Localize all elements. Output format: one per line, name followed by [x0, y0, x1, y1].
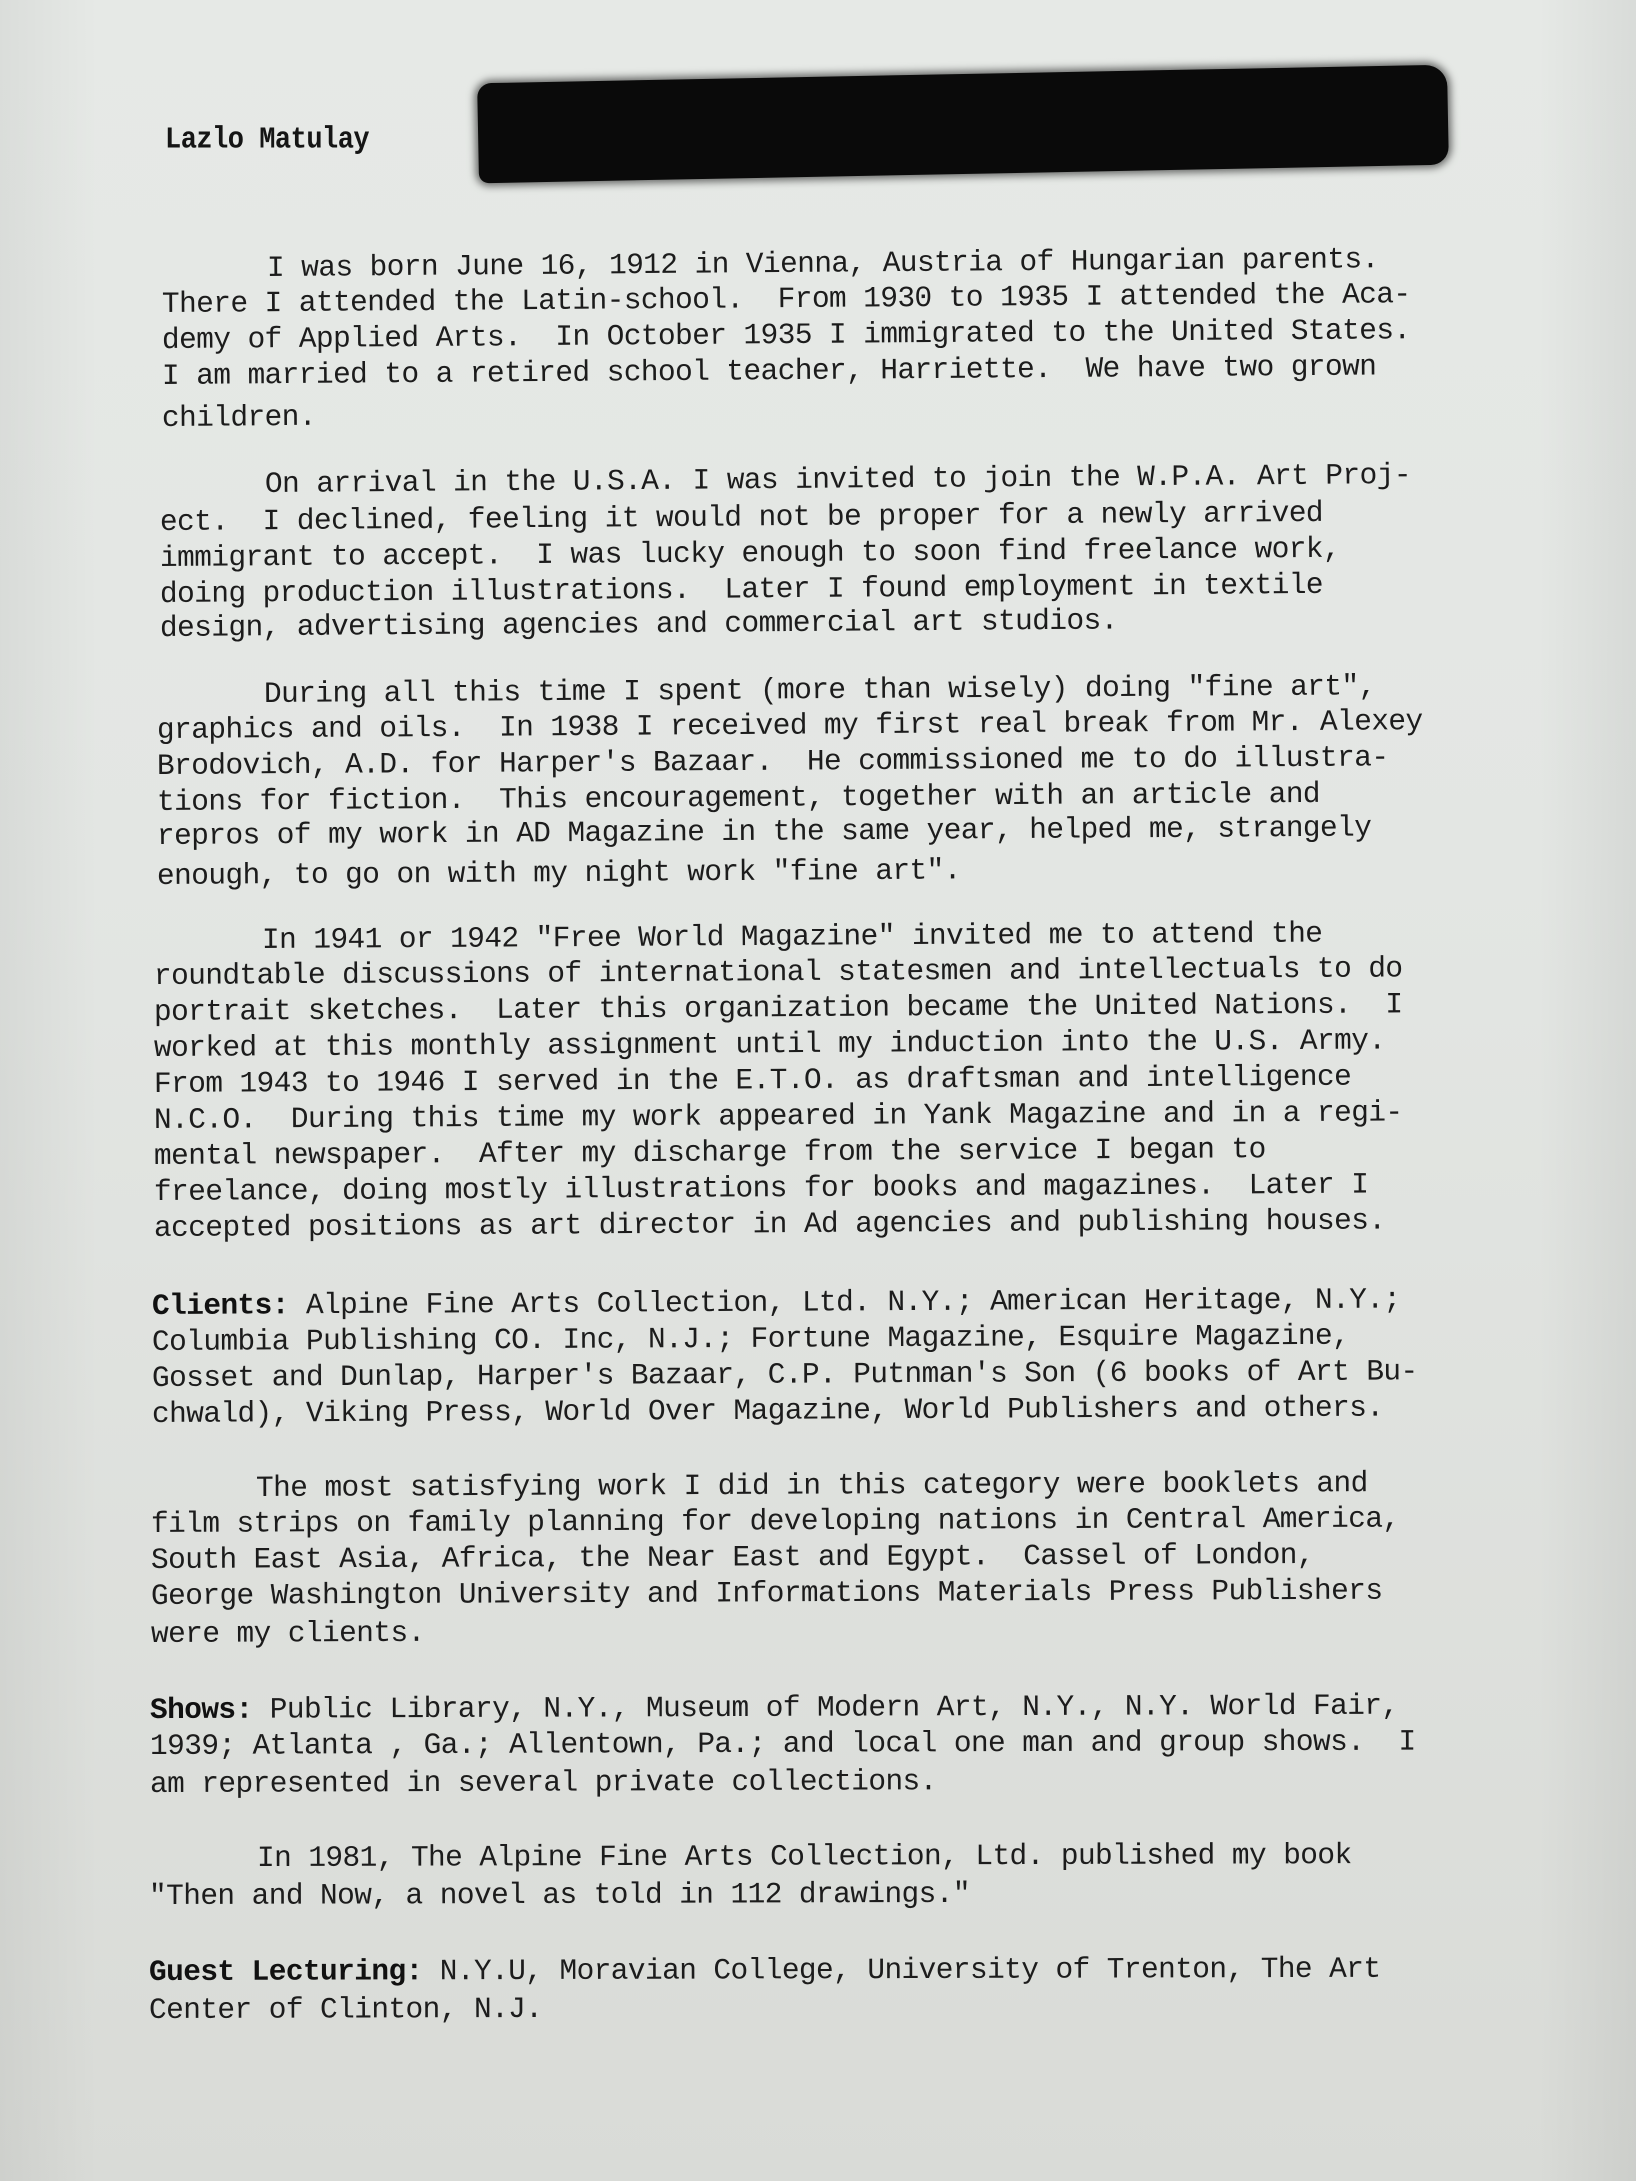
text-line: I am married to a retired school teacher…	[162, 352, 1377, 391]
text-line: freelance, doing mostly illustrations fo…	[154, 1171, 1368, 1208]
text-line: 1939; Atlanta , Ga.; Allentown, Pa.; and…	[150, 1728, 1416, 1762]
typewritten-page: Lazlo Matulay I was born June 16, 1912 i…	[0, 0, 1636, 2181]
text-line: enough, to go on with my night work "fin…	[157, 856, 961, 891]
shows-text: Public Library, N.Y., Museum of Modern A…	[253, 1689, 1399, 1727]
text-line: Brodovich, A.D. for Harper's Bazaar. He …	[157, 743, 1389, 781]
clients-label: Clients:	[152, 1288, 289, 1323]
text-line: South East Asia, Africa, the Near East a…	[151, 1541, 1314, 1576]
text-line: Columbia Publishing CO. Inc, N.J.; Fortu…	[152, 1322, 1349, 1358]
text-line: In 1981, The Alpine Fine Arts Collection…	[257, 1841, 1352, 1873]
text-line: Clients: Alpine Fine Arts Collection, Lt…	[152, 1285, 1401, 1321]
text-line: mental newspaper. After my discharge fro…	[154, 1135, 1266, 1171]
text-line: graphics and oils. In 1938 I received my…	[157, 707, 1423, 745]
text-line: roundtable discussions of international …	[154, 954, 1403, 991]
text-line: repros of my work in AD Magazine in the …	[157, 814, 1371, 852]
text-line: The most satisfying work I did in this c…	[256, 1469, 1368, 1503]
text-line: Guest Lecturing: N.Y.U, Moravian College…	[149, 1955, 1380, 1988]
text-line: were my clients.	[151, 1619, 425, 1650]
text-line: children.	[162, 403, 316, 434]
shows-label: Shows:	[150, 1693, 253, 1727]
clients-text: Alpine Fine Arts Collection, Ltd. N.Y.; …	[289, 1282, 1401, 1322]
text-line: Shows: Public Library, N.Y., Museum of M…	[150, 1692, 1399, 1726]
text-line: worked at this monthly assignment until …	[154, 1026, 1386, 1063]
text-line: "Then and Now, a novel as told in 112 dr…	[149, 1880, 970, 1912]
text-line: There I attended the Latin-school. From …	[162, 280, 1411, 319]
text-line: doing production illustrations. Later I …	[160, 571, 1323, 610]
text-line: George Washington University and Informa…	[151, 1577, 1383, 1612]
text-line: ect. I declined, feeling it would not be…	[160, 499, 1323, 538]
text-line: portrait sketches. Later this organizati…	[154, 990, 1403, 1027]
text-line: From 1943 to 1946 I served in the E.T.O.…	[154, 1063, 1351, 1100]
text-line: In 1941 or 1942 "Free World Magazine" in…	[262, 920, 1323, 956]
text-line: On arrival in the U.S.A. I was invited t…	[265, 461, 1411, 499]
redacted-contact-info	[477, 65, 1449, 184]
text-line: accepted positions as art director in Ad…	[154, 1206, 1386, 1243]
text-line: During all this time I spent (more than …	[264, 672, 1376, 709]
lecturing-text: N.Y.U, Moravian College, University of T…	[423, 1952, 1381, 1989]
text-line: design, advertising agencies and commerc…	[160, 606, 1118, 643]
text-line: am represented in several private collec…	[150, 1767, 937, 1799]
text-line: film strips on family planning for devel…	[151, 1505, 1400, 1540]
text-line: N.C.O. During this time my work appeared…	[154, 1098, 1403, 1135]
text-line: Center of Clinton, N.J.	[149, 1995, 542, 2026]
lecturing-label: Guest Lecturing:	[149, 1954, 423, 1989]
text-line: Gosset and Dunlap, Harper's Bazaar, C.P.…	[152, 1357, 1418, 1393]
text-line: chwald), Viking Press, World Over Magazi…	[152, 1394, 1384, 1430]
text-line: demy of Applied Arts. In October 1935 I …	[162, 316, 1411, 355]
text-line: immigrant to accept. I was lucky enough …	[160, 535, 1340, 574]
author-name: Lazlo Matulay	[165, 124, 369, 158]
